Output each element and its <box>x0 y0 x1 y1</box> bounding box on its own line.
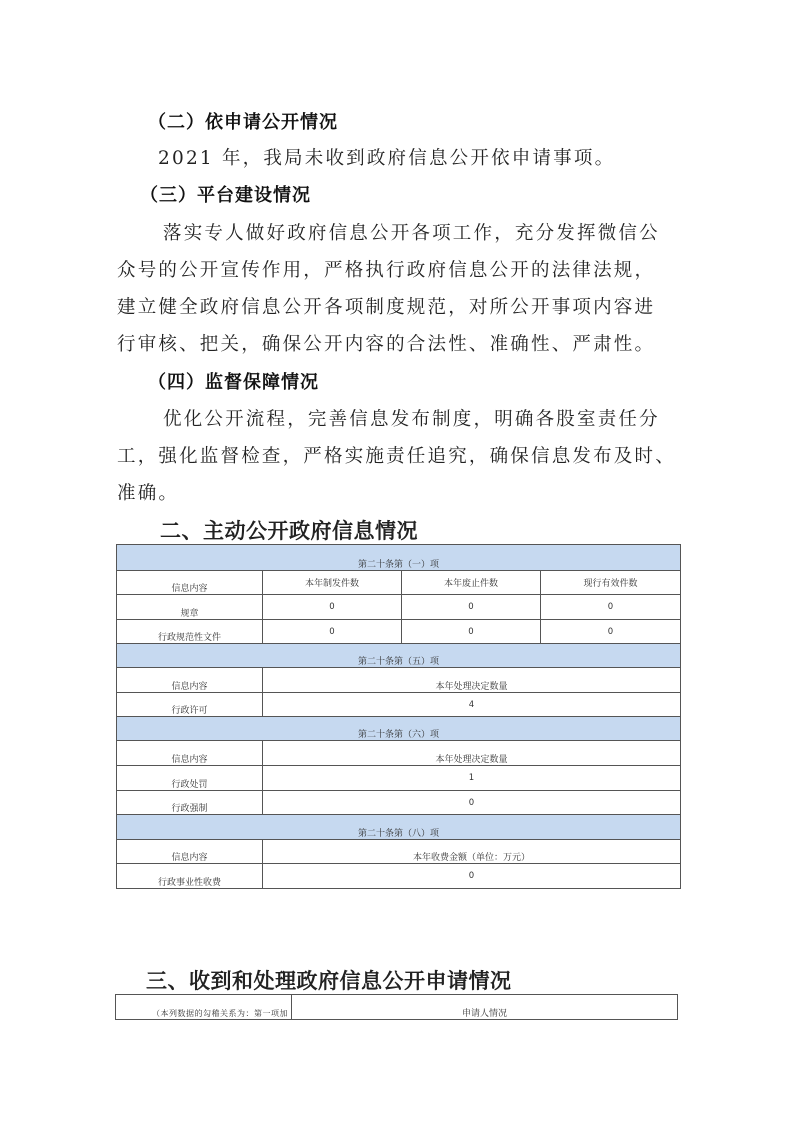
header-applicant-info: 申请人情况 <box>292 995 678 1020</box>
cell-value: 0 <box>263 620 402 644</box>
table-row: 行政事业性收费 0 <box>117 864 681 889</box>
paragraph-s4-line2: 工，强化监督检查，严格实施责任追究，确保信息发布及时、 <box>117 442 676 468</box>
header-decision-count: 本年处理决定数量 <box>263 741 681 766</box>
band-article20-5: 第二十条第（五）项 <box>117 644 681 668</box>
header-info-content: 信息内容 <box>117 571 263 595</box>
requests-table: （本列数据的勾稽关系为：第一项加 申请人情况 <box>115 994 678 1020</box>
table-row: 行政许可 4 <box>117 693 681 717</box>
paragraph-s3-line1: 落实专人做好政府信息公开各项工作，充分发挥微信公 <box>163 219 660 245</box>
cell-value: 0 <box>263 791 681 815</box>
paragraph-s4-line1: 优化公开流程，完善信息发布制度，明确各股室责任分 <box>163 405 660 431</box>
cell-value: 0 <box>541 595 681 620</box>
header-valid-count: 现行有效件数 <box>541 571 681 595</box>
cell-value: 0 <box>263 595 402 620</box>
row-label: 规章 <box>117 595 263 620</box>
band-article20-6: 第二十条第（六）项 <box>117 717 681 741</box>
row-label: 行政处罚 <box>117 766 263 791</box>
cell-value: 0 <box>541 620 681 644</box>
row-label: 行政规范性文件 <box>117 620 263 644</box>
reconciliation-note: （本列数据的勾稽关系为：第一项加 <box>116 995 292 1020</box>
paragraph-s3-line2: 众号的公开宣传作用，严格执行政府信息公开的法律法规， <box>117 256 655 282</box>
row-label: 行政事业性收费 <box>117 864 263 889</box>
table-row: 规章 0 0 0 <box>117 595 681 620</box>
table-row: 行政处罚 1 <box>117 766 681 791</box>
header-decision-count: 本年处理决定数量 <box>263 668 681 693</box>
row-label: 行政许可 <box>117 693 263 717</box>
section-title-requests: 三、收到和处理政府信息公开申请情况 <box>146 965 512 995</box>
cell-value: 4 <box>263 693 681 717</box>
table-row: 行政强制 0 <box>117 791 681 815</box>
cell-value: 0 <box>402 620 541 644</box>
paragraph-s3-line4: 行审核、把关，确保公开内容的合法性、准确性、严肃性。 <box>117 330 655 356</box>
cell-value: 0 <box>263 864 681 889</box>
band-article20-1: 第二十条第（一）项 <box>117 545 681 571</box>
header-info-content: 信息内容 <box>117 668 263 693</box>
header-abolished-count: 本年废止件数 <box>402 571 541 595</box>
table-row: 行政规范性文件 0 0 0 <box>117 620 681 644</box>
header-fee-amount: 本年收费金额（单位：万元） <box>263 840 681 864</box>
header-issued-count: 本年制发件数 <box>263 571 402 595</box>
cell-value: 1 <box>263 766 681 791</box>
proactive-disclosure-table: 第二十条第（一）项 信息内容 本年制发件数 本年废止件数 现行有效件数 规章 0… <box>116 544 681 889</box>
heading-s2: （二）依申请公开情况 <box>148 108 338 134</box>
band-article20-8: 第二十条第（八）项 <box>117 815 681 840</box>
row-label: 行政强制 <box>117 791 263 815</box>
heading-s3: （三）平台建设情况 <box>140 181 311 207</box>
header-info-content: 信息内容 <box>117 840 263 864</box>
paragraph-s4-line3: 准确。 <box>117 479 179 505</box>
section-title-proactive-disclosure: 二、主动公开政府信息情况 <box>160 515 418 545</box>
paragraph-s2: 2021 年，我局未收到政府信息公开依申请事项。 <box>158 144 615 170</box>
cell-value: 0 <box>402 595 541 620</box>
header-info-content: 信息内容 <box>117 741 263 766</box>
paragraph-s3-line3: 建立健全政府信息公开各项制度规范，对所公开事项内容进 <box>117 293 655 319</box>
heading-s4: （四）监督保障情况 <box>148 368 319 394</box>
